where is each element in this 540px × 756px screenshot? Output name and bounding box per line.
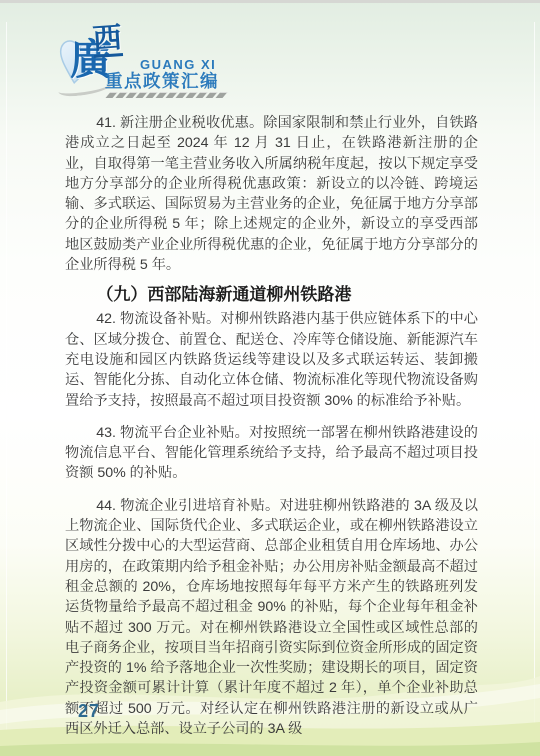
brand-logo: 廣 西 GUANG XI 重点政策汇编 xyxy=(0,0,270,110)
paragraph-43: 43. 物流平台企业补贴。对按照统一部署在柳州铁路港建设的物流信息平台、智能化管… xyxy=(65,423,478,484)
hatch-marks-icon xyxy=(108,92,225,98)
document-page: 廣 西 GUANG XI 重点政策汇编 41. 新注册企业税收优惠。除国家限制和… xyxy=(0,0,540,756)
paragraph-41: 41. 新注册企业税收优惠。除国家限制和禁止行业外，自铁路港成立之日起至 202… xyxy=(65,113,478,275)
document-body: 41. 新注册企业税收优惠。除国家限制和禁止行业外，自铁路港成立之日起至 202… xyxy=(65,113,478,739)
section-heading: （九）西部陆海新通道柳州铁路港 xyxy=(65,282,478,308)
logo-subtitle: 重点政策汇编 xyxy=(105,68,219,93)
page-number: 27 xyxy=(78,701,100,722)
paragraph-42: 42. 物流设备补贴。对柳州铁路港内基于供应链体系下的中心仓、区域分拨仓、前置仓… xyxy=(65,309,478,410)
logo-char-xi: 西 xyxy=(92,23,123,58)
paragraph-44: 44. 物流企业引进培育补贴。对进驻柳州铁路港的 3A 级及以上物流企业、国际货… xyxy=(65,496,478,740)
